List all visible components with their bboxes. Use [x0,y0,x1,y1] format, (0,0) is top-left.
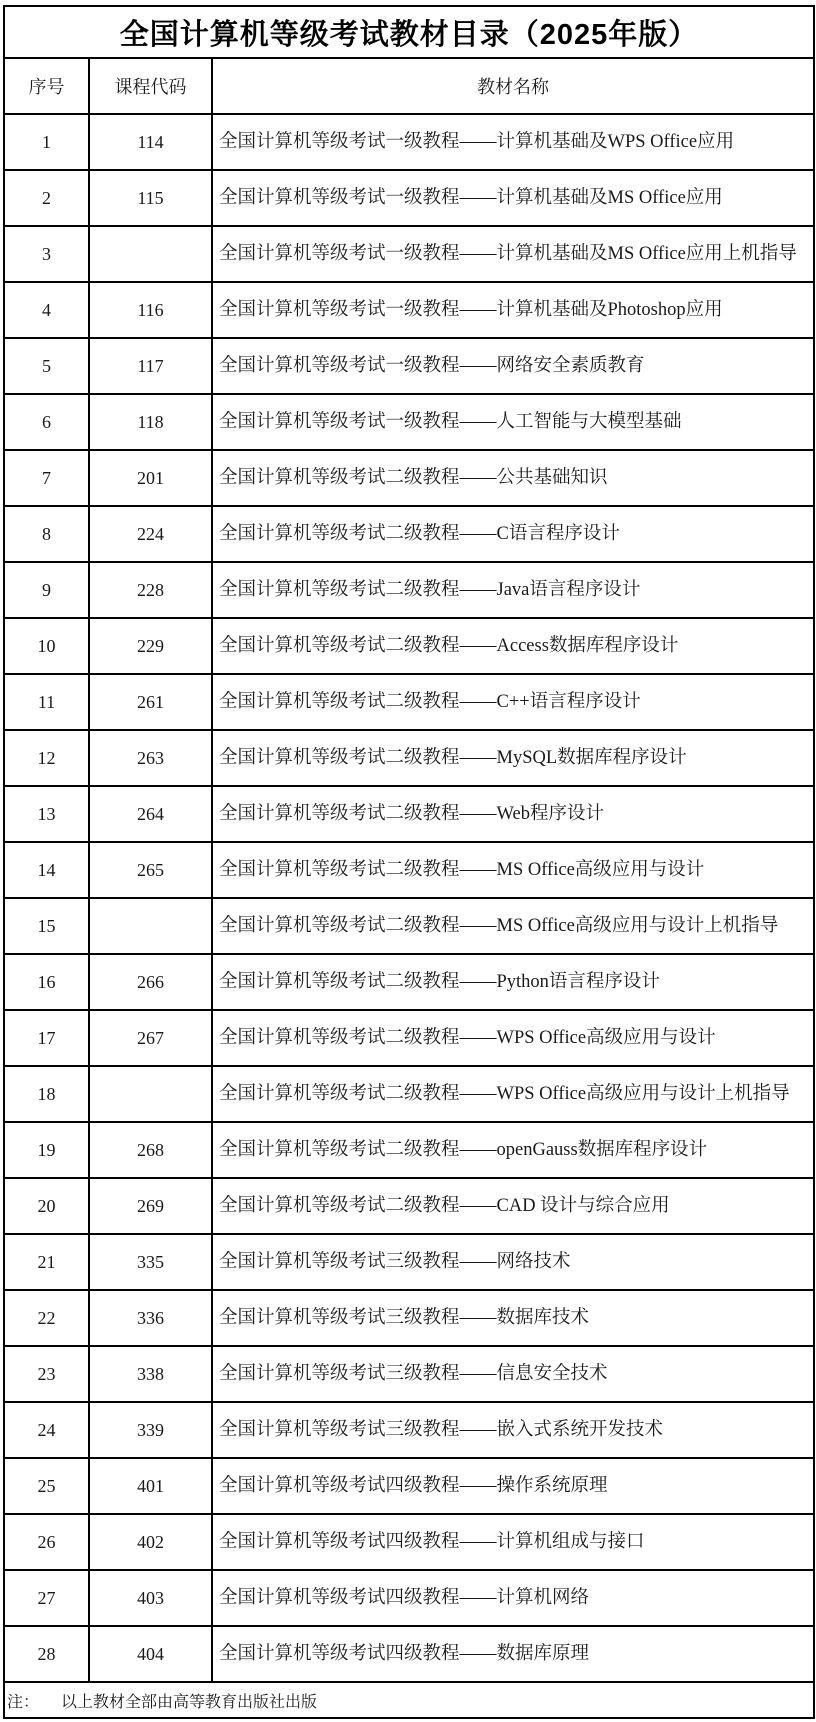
textbook-name-cell: 全国计算机等级考试四级教程——计算机网络 [212,1570,814,1626]
textbook-name-cell: 全国计算机等级考试二级教程——openGauss数据库程序设计 [212,1122,814,1178]
header-col-textbook-name: 教材名称 [212,58,814,114]
table-header-row: 序号 课程代码 教材名称 [4,58,814,114]
table-row: 22 336 全国计算机等级考试三级教程——数据库技术 [4,1290,814,1346]
row-number-cell: 5 [4,338,89,394]
row-number-cell: 8 [4,506,89,562]
row-number-cell: 10 [4,618,89,674]
table-row: 25 401 全国计算机等级考试四级教程——操作系统原理 [4,1458,814,1514]
row-number-cell: 19 [4,1122,89,1178]
catalog-table-body: 1 114 全国计算机等级考试一级教程——计算机基础及WPS Office应用 … [4,114,814,1682]
course-code-cell: 336 [89,1290,212,1346]
textbook-name-cell: 全国计算机等级考试二级教程——Python语言程序设计 [212,954,814,1010]
course-code-cell: 261 [89,674,212,730]
textbook-name-cell: 全国计算机等级考试一级教程——人工智能与大模型基础 [212,394,814,450]
table-row: 3 全国计算机等级考试一级教程——计算机基础及MS Office应用上机指导 [4,226,814,282]
row-number-cell: 7 [4,450,89,506]
course-code-cell: 335 [89,1234,212,1290]
table-row: 21 335 全国计算机等级考试三级教程——网络技术 [4,1234,814,1290]
course-code-cell: 267 [89,1010,212,1066]
textbook-name-cell: 全国计算机等级考试二级教程——WPS Office高级应用与设计 [212,1010,814,1066]
table-row: 14 265 全国计算机等级考试二级教程——MS Office高级应用与设计 [4,842,814,898]
row-number-cell: 23 [4,1346,89,1402]
course-code-cell: 265 [89,842,212,898]
course-code-cell: 403 [89,1570,212,1626]
table-row: 10 229 全国计算机等级考试二级教程——Access数据库程序设计 [4,618,814,674]
row-number-cell: 15 [4,898,89,954]
note-cell: 注：以上教材全部由高等教育出版社出版 [4,1682,814,1718]
textbook-name-cell: 全国计算机等级考试二级教程——WPS Office高级应用与设计上机指导 [212,1066,814,1122]
table-row: 16 266 全国计算机等级考试二级教程——Python语言程序设计 [4,954,814,1010]
row-number-cell: 14 [4,842,89,898]
course-code-cell [89,898,212,954]
table-row: 19 268 全国计算机等级考试二级教程——openGauss数据库程序设计 [4,1122,814,1178]
row-number-cell: 2 [4,170,89,226]
textbook-name-cell: 全国计算机等级考试一级教程——计算机基础及WPS Office应用 [212,114,814,170]
table-row: 27 403 全国计算机等级考试四级教程——计算机网络 [4,1570,814,1626]
course-code-cell: 401 [89,1458,212,1514]
textbook-name-cell: 全国计算机等级考试二级教程——CAD 设计与综合应用 [212,1178,814,1234]
row-number-cell: 16 [4,954,89,1010]
textbook-name-cell: 全国计算机等级考试四级教程——计算机组成与接口 [212,1514,814,1570]
textbook-name-cell: 全国计算机等级考试二级教程——MS Office高级应用与设计上机指导 [212,898,814,954]
course-code-cell: 264 [89,786,212,842]
row-number-cell: 9 [4,562,89,618]
row-number-cell: 24 [4,1402,89,1458]
textbook-name-cell: 全国计算机等级考试一级教程——网络安全素质教育 [212,338,814,394]
course-code-cell: 266 [89,954,212,1010]
course-code-cell: 268 [89,1122,212,1178]
table-row: 4 116 全国计算机等级考试一级教程——计算机基础及Photoshop应用 [4,282,814,338]
textbook-name-cell: 全国计算机等级考试三级教程——数据库技术 [212,1290,814,1346]
row-number-cell: 6 [4,394,89,450]
course-code-cell: 404 [89,1626,212,1682]
table-row: 2 115 全国计算机等级考试一级教程——计算机基础及MS Office应用 [4,170,814,226]
note-label: 注： [7,1694,39,1711]
row-number-cell: 17 [4,1010,89,1066]
table-row: 9 228 全国计算机等级考试二级教程——Java语言程序设计 [4,562,814,618]
table-row: 18 全国计算机等级考试二级教程——WPS Office高级应用与设计上机指导 [4,1066,814,1122]
textbook-name-cell: 全国计算机等级考试二级教程——公共基础知识 [212,450,814,506]
title-row: 全国计算机等级考试教材目录（2025年版） [4,6,814,58]
textbook-name-cell: 全国计算机等级考试一级教程——计算机基础及MS Office应用上机指导 [212,226,814,282]
note-row: 注：以上教材全部由高等教育出版社出版 [4,1682,814,1718]
row-number-cell: 20 [4,1178,89,1234]
course-code-cell: 115 [89,170,212,226]
textbook-name-cell: 全国计算机等级考试二级教程——Access数据库程序设计 [212,618,814,674]
table-row: 26 402 全国计算机等级考试四级教程——计算机组成与接口 [4,1514,814,1570]
row-number-cell: 3 [4,226,89,282]
textbook-name-cell: 全国计算机等级考试三级教程——网络技术 [212,1234,814,1290]
textbook-name-cell: 全国计算机等级考试四级教程——操作系统原理 [212,1458,814,1514]
table-row: 7 201 全国计算机等级考试二级教程——公共基础知识 [4,450,814,506]
course-code-cell: 118 [89,394,212,450]
textbook-name-cell: 全国计算机等级考试三级教程——信息安全技术 [212,1346,814,1402]
row-number-cell: 12 [4,730,89,786]
textbook-name-cell: 全国计算机等级考试二级教程——MySQL数据库程序设计 [212,730,814,786]
course-code-cell: 402 [89,1514,212,1570]
textbook-catalog-table: 全国计算机等级考试教材目录（2025年版） 序号 课程代码 教材名称 1 114… [3,5,815,1719]
course-code-cell: 117 [89,338,212,394]
course-code-cell: 114 [89,114,212,170]
row-number-cell: 25 [4,1458,89,1514]
course-code-cell [89,1066,212,1122]
course-code-cell: 116 [89,282,212,338]
course-code-cell: 201 [89,450,212,506]
table-row: 6 118 全国计算机等级考试一级教程——人工智能与大模型基础 [4,394,814,450]
course-code-cell: 228 [89,562,212,618]
course-code-cell: 338 [89,1346,212,1402]
row-number-cell: 18 [4,1066,89,1122]
row-number-cell: 13 [4,786,89,842]
textbook-name-cell: 全国计算机等级考试二级教程——Web程序设计 [212,786,814,842]
row-number-cell: 1 [4,114,89,170]
header-col-number: 序号 [4,58,89,114]
table-row: 17 267 全国计算机等级考试二级教程——WPS Office高级应用与设计 [4,1010,814,1066]
row-number-cell: 26 [4,1514,89,1570]
row-number-cell: 4 [4,282,89,338]
document-page: 全国计算机等级考试教材目录（2025年版） 序号 课程代码 教材名称 1 114… [0,0,816,1722]
table-row: 28 404 全国计算机等级考试四级教程——数据库原理 [4,1626,814,1682]
textbook-name-cell: 全国计算机等级考试二级教程——Java语言程序设计 [212,562,814,618]
table-row: 11 261 全国计算机等级考试二级教程——C++语言程序设计 [4,674,814,730]
row-number-cell: 27 [4,1570,89,1626]
table-row: 13 264 全国计算机等级考试二级教程——Web程序设计 [4,786,814,842]
course-code-cell: 339 [89,1402,212,1458]
course-code-cell: 263 [89,730,212,786]
textbook-name-cell: 全国计算机等级考试二级教程——C++语言程序设计 [212,674,814,730]
table-row: 20 269 全国计算机等级考试二级教程——CAD 设计与综合应用 [4,1178,814,1234]
course-code-cell: 224 [89,506,212,562]
textbook-name-cell: 全国计算机等级考试四级教程——数据库原理 [212,1626,814,1682]
textbook-name-cell: 全国计算机等级考试三级教程——嵌入式系统开发技术 [212,1402,814,1458]
textbook-name-cell: 全国计算机等级考试一级教程——计算机基础及MS Office应用 [212,170,814,226]
course-code-cell [89,226,212,282]
course-code-cell: 229 [89,618,212,674]
table-row: 24 339 全国计算机等级考试三级教程——嵌入式系统开发技术 [4,1402,814,1458]
textbook-name-cell: 全国计算机等级考试二级教程——C语言程序设计 [212,506,814,562]
table-row: 15 全国计算机等级考试二级教程——MS Office高级应用与设计上机指导 [4,898,814,954]
row-number-cell: 21 [4,1234,89,1290]
table-row: 12 263 全国计算机等级考试二级教程——MySQL数据库程序设计 [4,730,814,786]
textbook-name-cell: 全国计算机等级考试一级教程——计算机基础及Photoshop应用 [212,282,814,338]
row-number-cell: 22 [4,1290,89,1346]
row-number-cell: 28 [4,1626,89,1682]
table-row: 8 224 全国计算机等级考试二级教程——C语言程序设计 [4,506,814,562]
row-number-cell: 11 [4,674,89,730]
header-col-course-code: 课程代码 [89,58,212,114]
course-code-cell: 269 [89,1178,212,1234]
table-row: 1 114 全国计算机等级考试一级教程——计算机基础及WPS Office应用 [4,114,814,170]
table-row: 23 338 全国计算机等级考试三级教程——信息安全技术 [4,1346,814,1402]
textbook-name-cell: 全国计算机等级考试二级教程——MS Office高级应用与设计 [212,842,814,898]
page-title: 全国计算机等级考试教材目录（2025年版） [4,6,814,58]
table-row: 5 117 全国计算机等级考试一级教程——网络安全素质教育 [4,338,814,394]
note-text: 以上教材全部由高等教育出版社出版 [61,1694,317,1711]
